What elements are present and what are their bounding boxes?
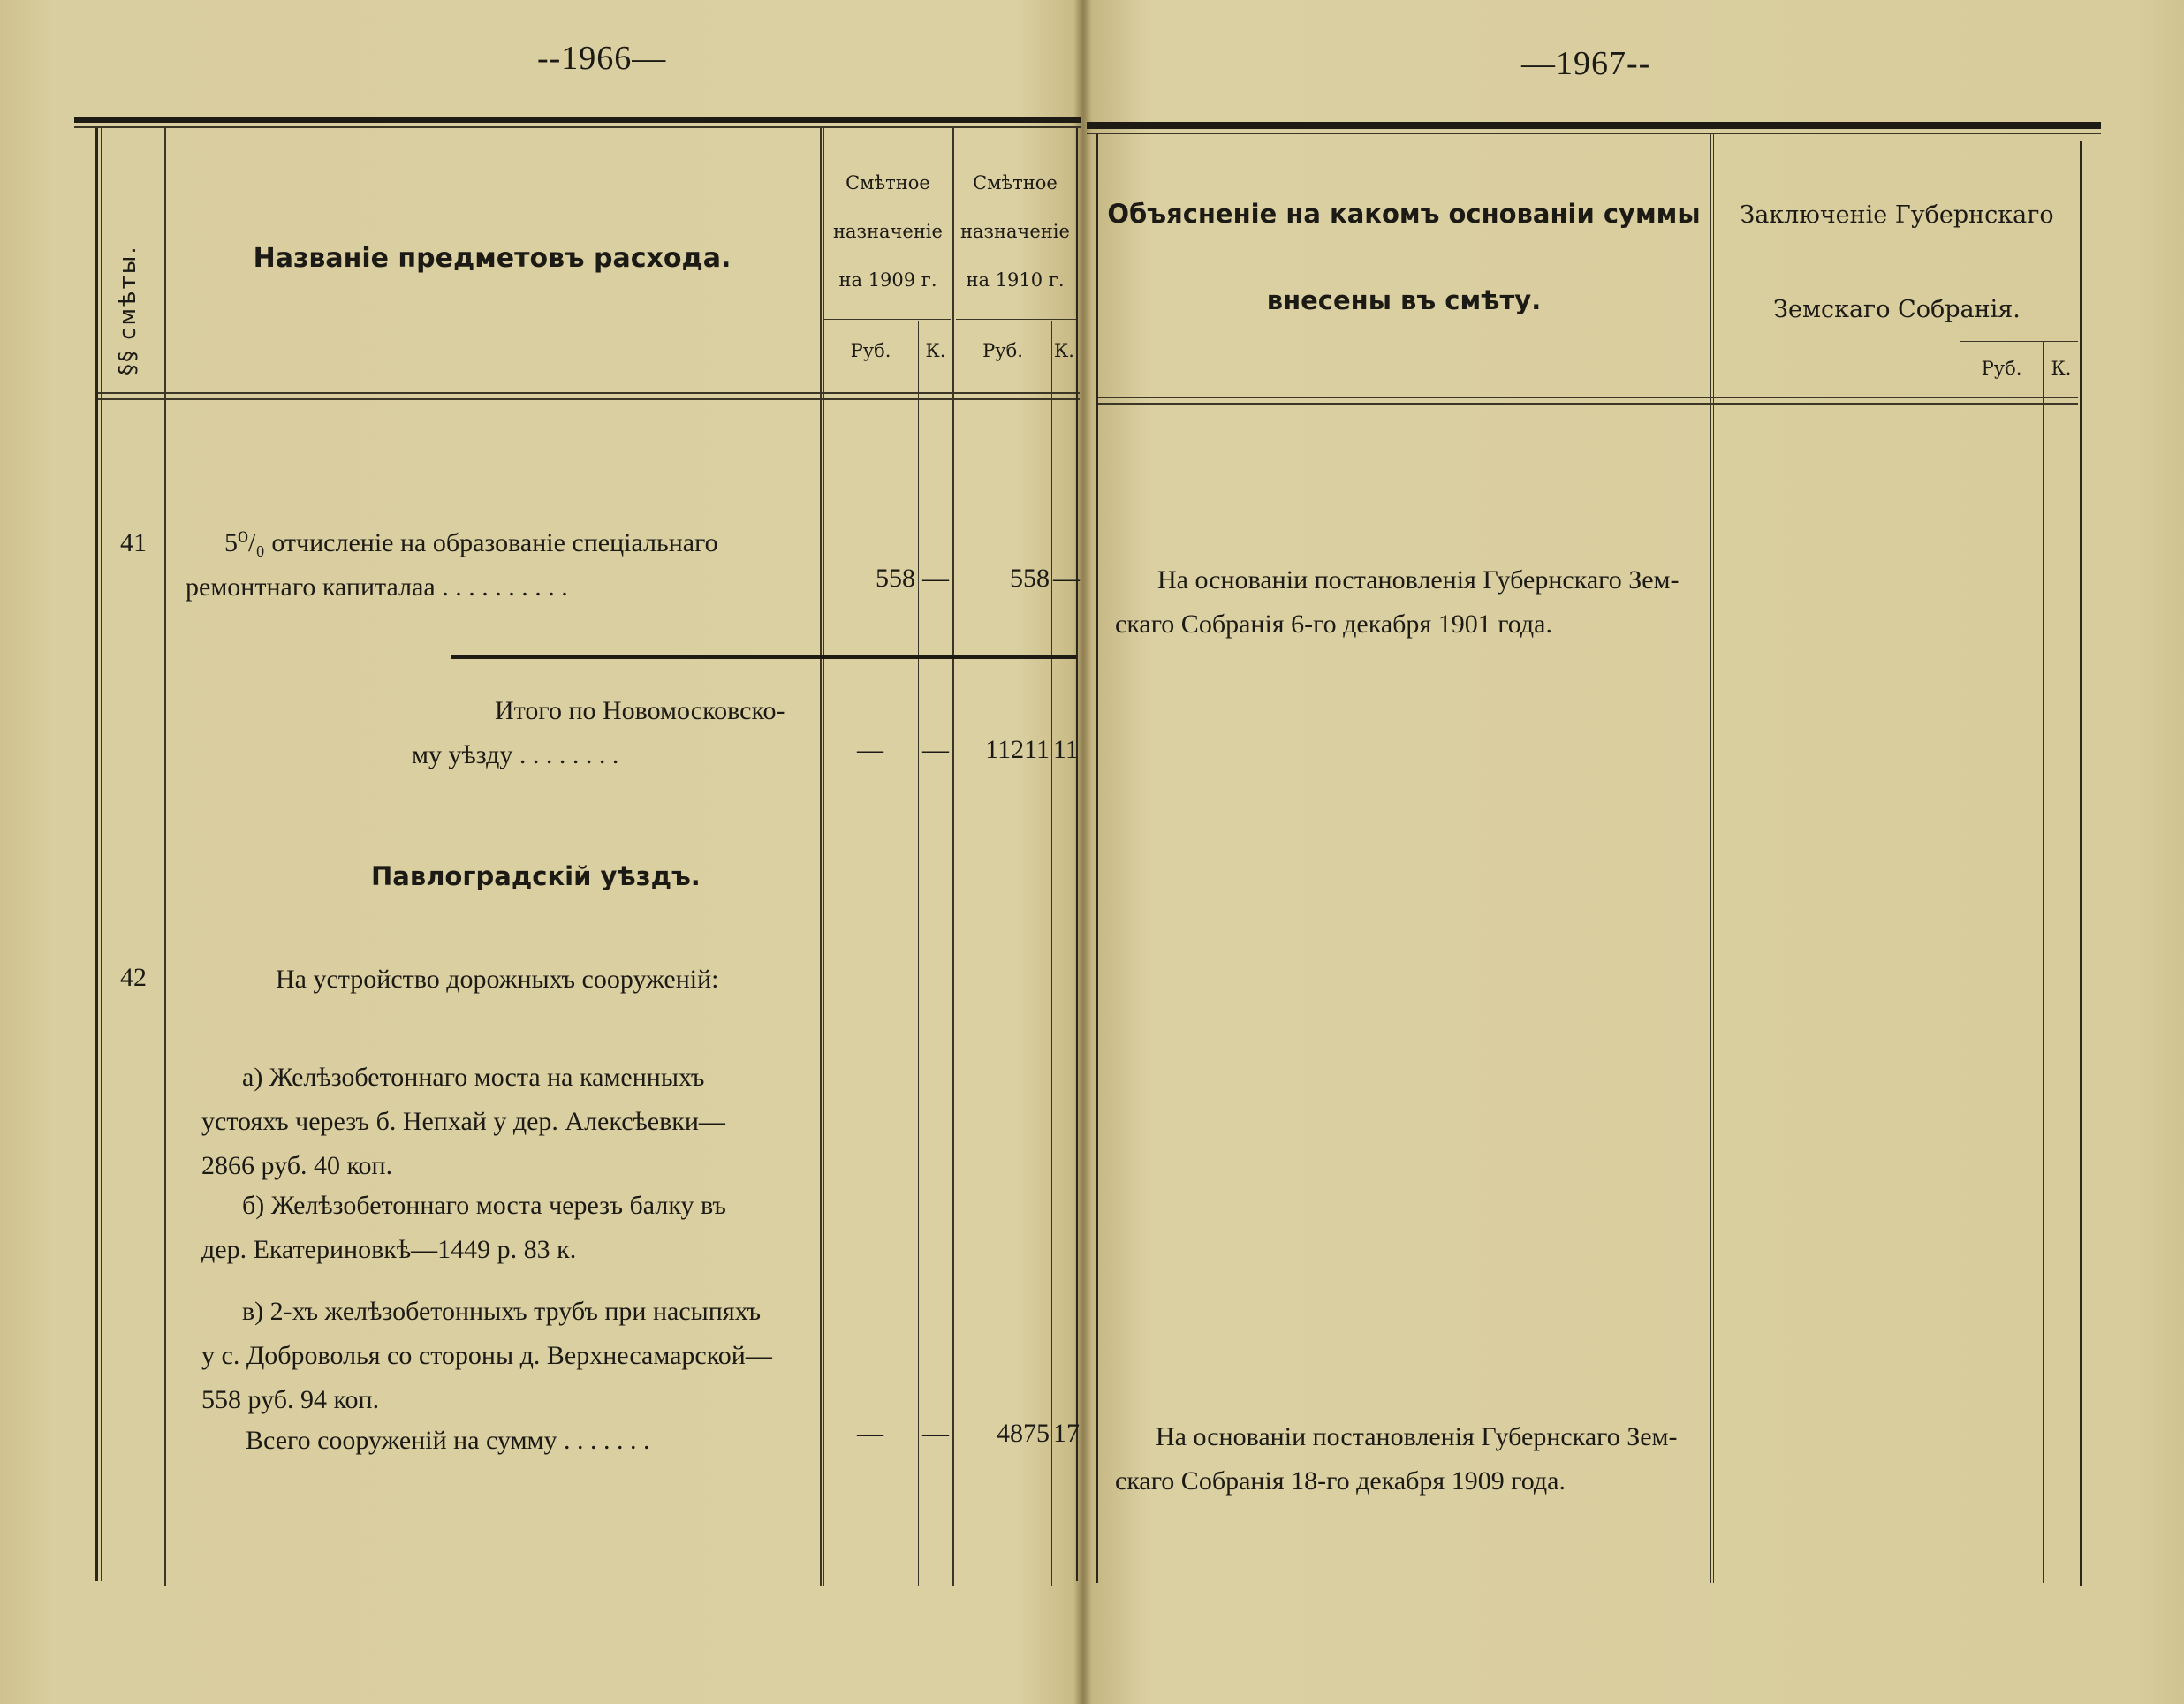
total-structures-text: Всего сооруженій на сумму . . . . . . . [246,1419,650,1463]
left-top-rule [74,117,1081,123]
right-header-rule [1096,397,2078,398]
subtotal-kop-1909: — [920,735,952,765]
section-number-header: §§ смѣты. [115,245,141,375]
left-top-rule-thin [74,126,1081,128]
right-header-rule-2 [1096,403,2078,405]
row-42v-text: в) 2-хъ желѣзобетонныхъ трубъ при насыпя… [201,1290,815,1422]
row-42-text: На устройство дорожныхъ сооруженій: [276,958,719,1002]
explanation-row-42-line2: скаго Собранія 18-го декабря 1909 года. [1115,1459,1691,1503]
left-right-border [1076,128,1078,1581]
est-subheader-rule-1909 [823,319,951,320]
right-top-rule-thin [1087,133,2101,134]
left-header-rule [97,392,1080,394]
section-title-pavlograd: Павлоградскій уѣздъ. [371,861,701,891]
conclusion-header-line1: Заключеніе Губернскаго [1714,201,2080,229]
est-1909-line3: на 1909 г. [823,256,952,305]
col-sep-1909 [820,128,822,1586]
conclusion-kop-header: К. [2044,358,2079,379]
subtotal-rub-1909: — [839,735,901,765]
col-sep-1909-kop [918,321,919,1586]
total-rub-1909: — [839,1419,901,1449]
row-42a-text: а) Желѣзобетоннаго моста на каменныхъ ус… [201,1056,815,1188]
explanation-row-41-line2: скаго Собранія 6-го декабря 1901 года. [1115,602,1691,647]
kop-1910-header: К. [1052,340,1076,361]
row-41-text: 5⁰/₀ отчисленіе на образованіе спеціальн… [186,521,815,610]
row-41-number: 41 [120,528,147,558]
right-page-number: —1967-- [1521,44,1650,83]
row-42b-line2: дер. Екатериновкѣ—1449 р. 83 к. [201,1228,815,1272]
col-sep-conclusion-rub [1960,342,1960,1583]
row-42v-line2: у с. Доброволья со стороны д. Верхнесама… [201,1334,815,1378]
left-header-rule-2 [97,398,1080,400]
explanation-header-line1: Объясненіе на какомъ основаніи суммы [1098,199,1710,229]
subtotal-rule [451,655,1076,659]
col-sep-conclusion-kop [2043,342,2044,1583]
kop-1909-header: К. [919,340,952,361]
est-1909-line2: назначеніе [823,208,952,256]
conclusion-subheader-rule [1960,341,2078,342]
left-outer-border [95,128,98,1581]
est-subheader-rule-1910 [956,319,1076,320]
row-42b-line1: б) Желѣзобетоннаго моста черезъ балку въ [201,1184,815,1228]
explanation-row-42: На основаніи постановленія Губернскаго З… [1115,1415,1691,1503]
row-42a-line3: 2866 руб. 40 коп. [201,1144,815,1188]
right-top-rule [1087,122,2101,129]
col-sep-conclusion [1710,134,1711,1583]
conclusion-header: Заключеніе Губернскаго Земскаго Собранія… [1714,201,2080,323]
est-1909-header: Смѣтное назначеніе на 1909 г. [823,159,952,305]
subtotal-text: Итого по Новомосковско- му уѣзду . . . .… [406,689,815,777]
conclusion-rub-header: Руб. [1960,358,2043,379]
subtotal-kop-1910: 11 [1053,735,1076,765]
row-42a-line2: устояхъ черезъ б. Непхай у дер. Алексѣев… [201,1100,815,1144]
row-41-rub-1910: 558 [990,564,1050,594]
row-42b-text: б) Желѣзобетоннаго моста черезъ балку въ… [201,1184,815,1272]
est-1910-line2: назначеніе [954,208,1076,256]
total-kop-1909: — [920,1419,952,1449]
total-kop-1910: 17 [1053,1419,1076,1449]
explanation-header-line2: внесены въ смѣту. [1098,285,1710,315]
row-42v-line1: в) 2-хъ желѣзобетонныхъ трубъ при насыпя… [201,1290,815,1334]
row-41-kop-1909: — [920,564,952,594]
row-41-line1: 5⁰/₀ отчисленіе на образованіе спеціальн… [186,521,815,565]
explanation-row-41: На основаніи постановленія Губернскаго З… [1115,558,1691,647]
rub-1910-header: Руб. [954,340,1051,361]
col-sep-conclusion-b [1713,134,1714,1583]
row-42-number: 42 [120,963,147,993]
col-sep-1910-kop [1051,321,1052,1586]
right-left-border [1096,134,1098,1583]
explanation-row-41-line1: На основаніи постановленія Губернскаго З… [1115,558,1691,602]
total-rub-1910: 4875 [972,1419,1050,1449]
subtotal-rub-1910: 11211 [972,735,1050,765]
left-page-number: --1966— [537,39,666,78]
est-1910-line1: Смѣтное [954,159,1076,208]
col-sep-section [164,128,166,1586]
est-1910-header: Смѣтное назначеніе на 1910 г. [954,159,1076,305]
explanation-row-42-line1: На основаніи постановленія Губернскаго З… [1115,1415,1691,1459]
rub-1909-header: Руб. [823,340,918,361]
row-41-rub-1909: 558 [866,564,915,594]
subtotal-line2: му уѣзду . . . . . . . . [406,733,815,777]
explanation-header: Объясненіе на какомъ основаніи суммы вне… [1098,199,1710,315]
row-41-line2: ремонтнаго капиталаа . . . . . . . . . . [186,565,815,610]
subtotal-line1: Итого по Новомосковско- [406,689,815,733]
row-42v-line3: 558 руб. 94 коп. [201,1378,815,1422]
conclusion-header-line2: Земскаго Собранія. [1714,296,2080,323]
row-41-kop-1910: — [1053,564,1076,594]
row-42a-line1: а) Желѣзобетоннаго моста на каменныхъ [201,1056,815,1100]
est-1910-line3: на 1910 г. [954,256,1076,305]
est-1909-line1: Смѣтное [823,159,952,208]
item-name-header: Названіе предметовъ расхода. [164,243,820,274]
right-right-border [2080,141,2082,1586]
left-outer-border-inner [101,128,102,1581]
